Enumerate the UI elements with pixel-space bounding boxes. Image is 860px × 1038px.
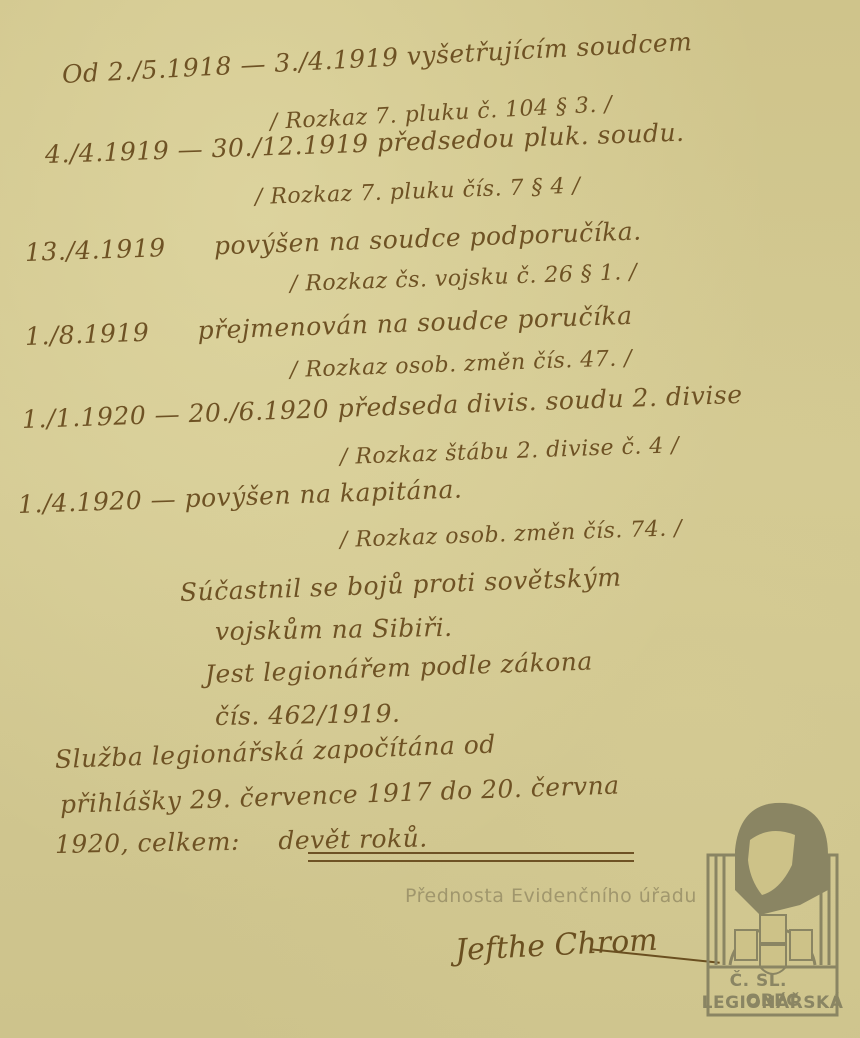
entry-3-reference: / Rozkaz čs. vojsku č. 26 § 1. / — [290, 260, 638, 297]
entry-6-text: povýšen na kapitána. — [184, 474, 463, 513]
entry-1-line: Od 2./5.1918 — 3./4.1919 vyšetřujícím so… — [61, 27, 693, 89]
logo-line-2: LEGIONÁŘSKÁ — [700, 993, 845, 1013]
entry-2-reference: / Rozkaz 7. pluku čís. 7 § 4 / — [255, 174, 581, 210]
office-stamp: Přednosta Evidenčního úřadu — [405, 885, 697, 907]
entry-5-text: předseda divis. soudu 2. divise — [337, 380, 743, 423]
entry-4-reference: / Rozkaz osob. změn čís. 47. / — [290, 346, 633, 383]
entry-6-reference: / Rozkaz osob. změn čís. 74. / — [340, 516, 683, 553]
remark-line-4: čís. 462/1919. — [215, 699, 401, 731]
entry-5-date: 1./1.1920 — 20./6.1920 — [21, 394, 329, 434]
entry-1-date: Od 2./5.1918 — 3./4.1919 — [61, 42, 399, 89]
document-page: Od 2./5.1918 — 3./4.1919 vyšetřujícím so… — [0, 0, 860, 1038]
entry-1-text: vyšetřujícím soudcem — [406, 27, 693, 71]
entry-4-text: přejmenován na soudce poručíka — [197, 301, 633, 345]
entry-5-line: 1./1.1920 — 20./6.1920 předseda divis. s… — [21, 380, 742, 434]
entry-3-date: 13./4.1919 — [24, 233, 166, 267]
summary-line-1: Služba legionářská započítána od — [54, 730, 496, 774]
remark-line-3: Jest legionářem podle zákona — [204, 646, 593, 689]
summary-total-underline — [308, 852, 634, 862]
entry-6-date: 1./4.1920 — — [17, 484, 176, 519]
entry-5-reference: / Rozkaz štábu 2. divise č. 4 / — [340, 433, 680, 470]
legion-logo: Č. SL. OBEC LEGIONÁŘSKÁ — [700, 795, 845, 1020]
logo-text-csl: Č. SL. — [730, 971, 787, 991]
summary-line-2: přihlášky 29. července 1917 do 20. červn… — [59, 770, 620, 819]
summary-line-3-text: 1920, celkem: — [55, 827, 240, 859]
entry-3-text: povýšen na soudce podporučíka. — [214, 216, 643, 260]
entry-6-line: 1./4.1920 — povýšen na kapitána. — [17, 474, 462, 518]
entry-4-line: 1./8.1919 přejmenován na soudce poručíka — [24, 301, 632, 351]
entry-4-date: 1./8.1919 — [24, 318, 149, 351]
remark-line-2: vojskům na Sibiři. — [215, 613, 453, 646]
remark-line-1: Súčastnil se bojů proti sovětským — [179, 563, 621, 607]
entry-3-line: 13./4.1919 povýšen na soudce podporučíka… — [24, 216, 642, 267]
signature: Jefthe Chrom — [454, 923, 658, 969]
summary-total: devět roků. — [278, 823, 428, 855]
entry-2-date: 4./4.1919 — 30./12.1919 — [44, 129, 369, 169]
